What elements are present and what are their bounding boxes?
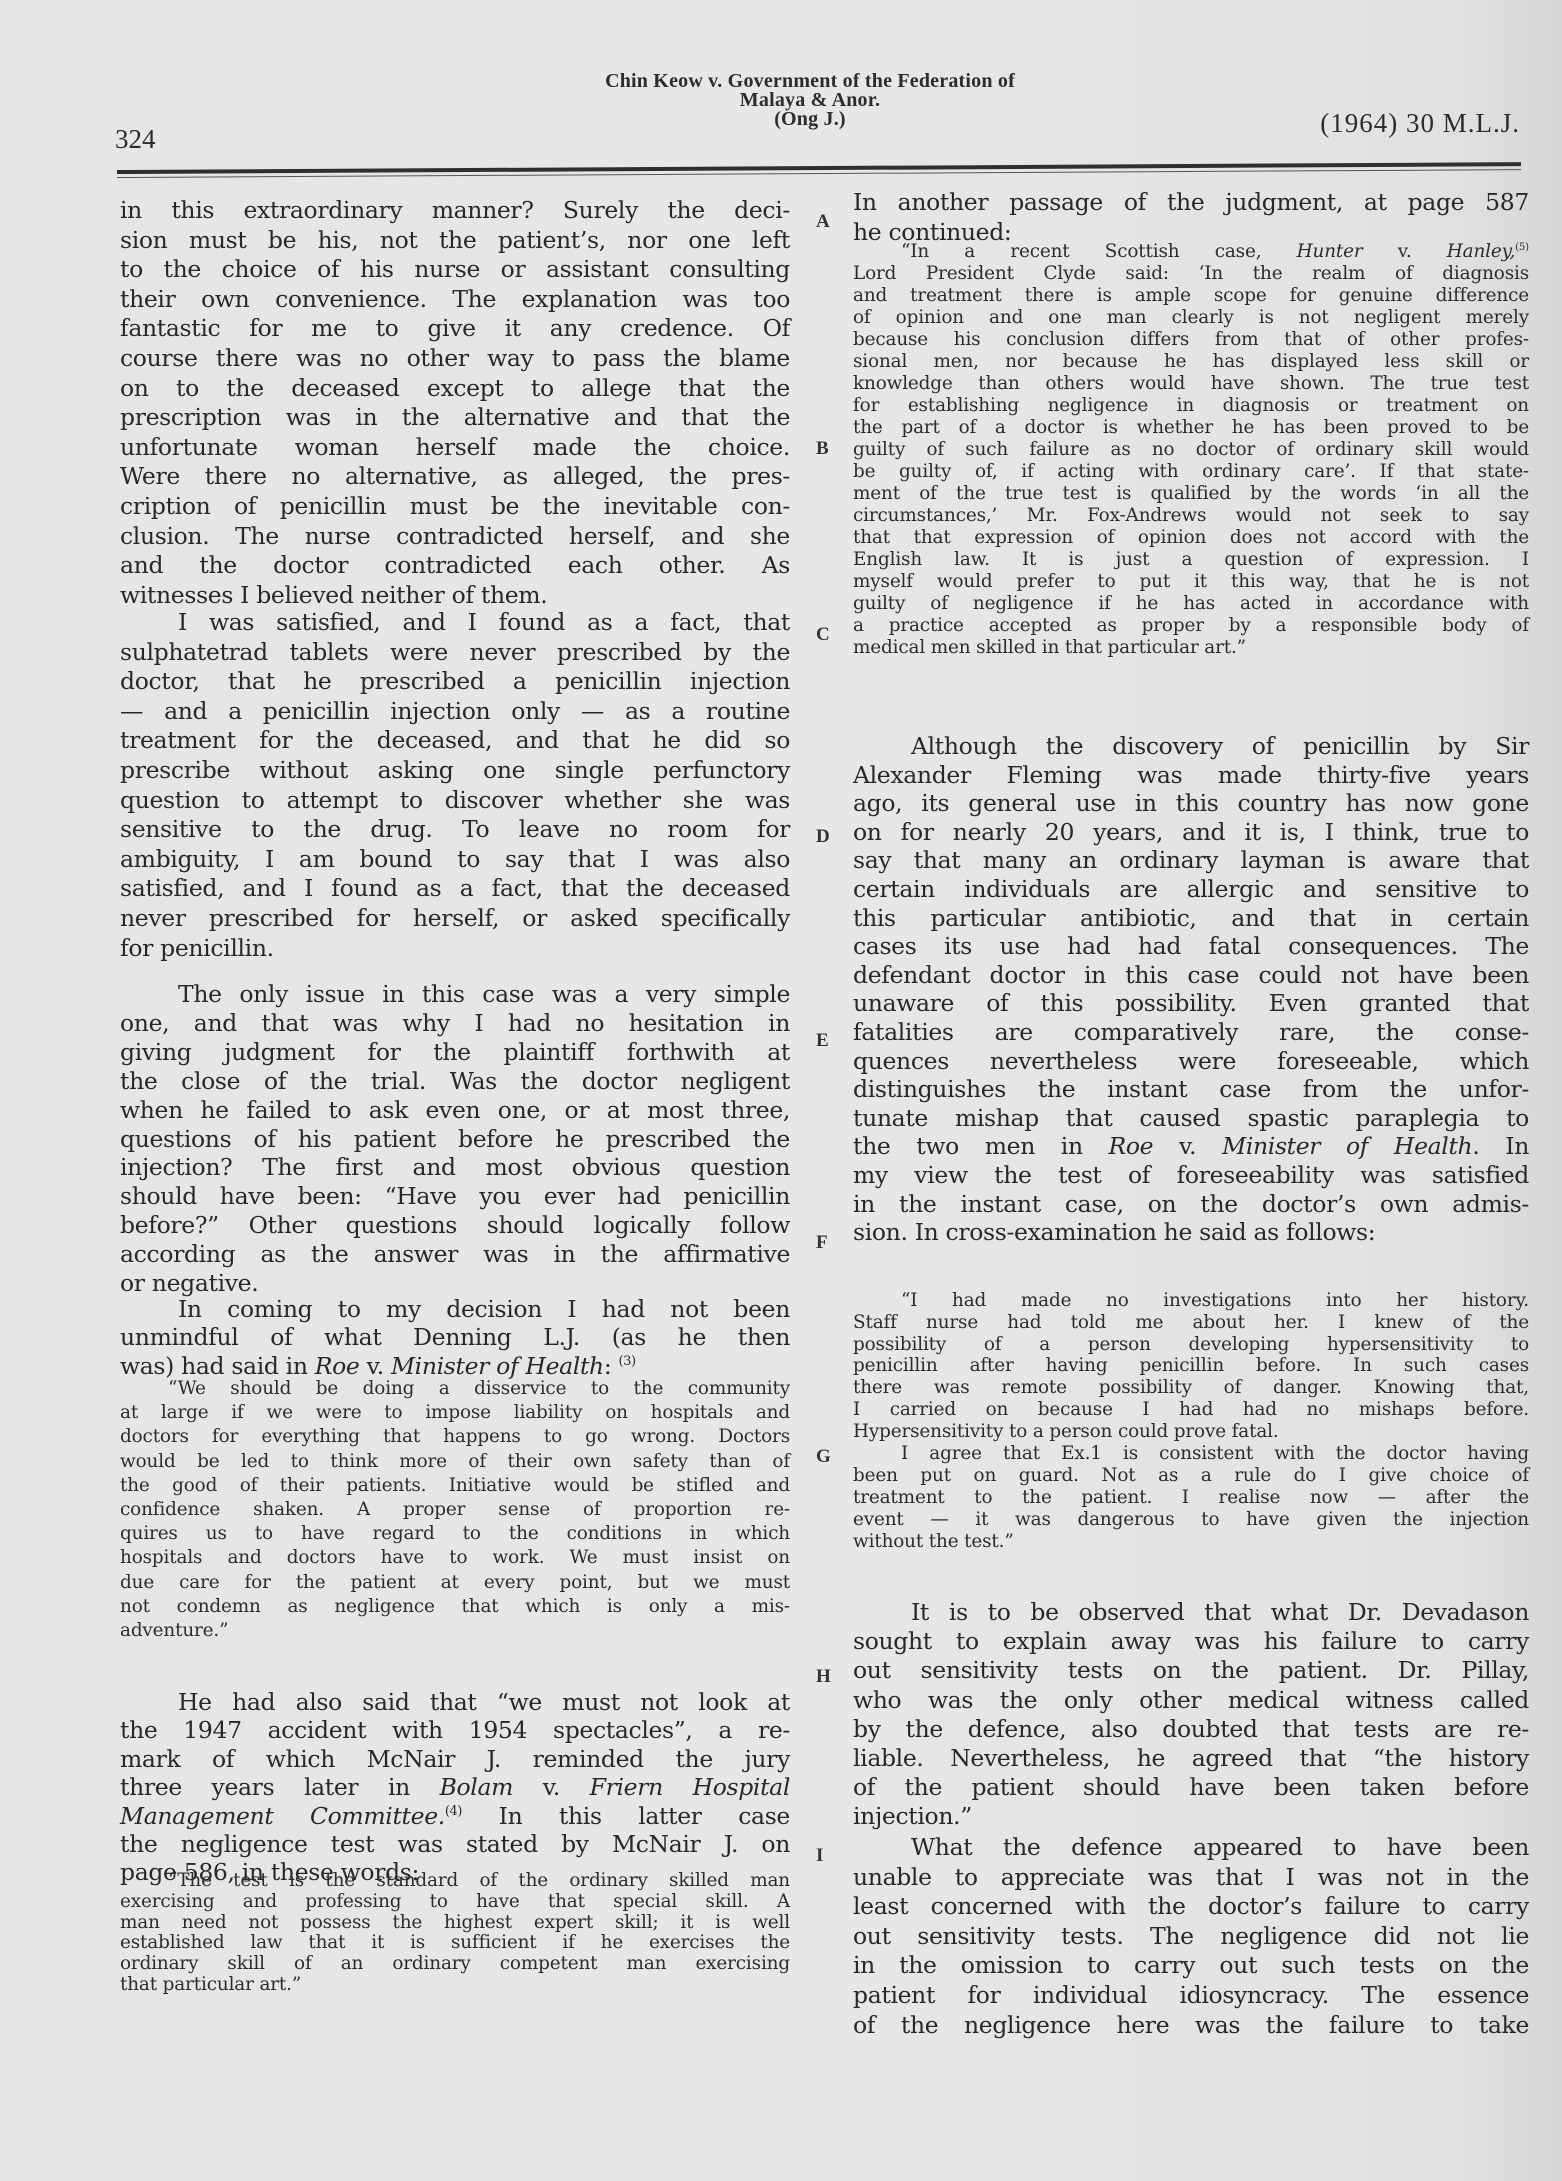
text-line: defendant doctor in this case could not … — [853, 961, 1529, 989]
text-line: the two men in Roe v. Minister of Health… — [853, 1132, 1529, 1160]
text-line: fantastic for me to give it any credence… — [120, 314, 790, 342]
text-line: doctor, that he prescribed a penicillin … — [120, 667, 790, 695]
text-line: witnesses I believed neither of them. — [120, 581, 790, 609]
text-line: a practice accepted as proper by a respo… — [853, 615, 1529, 636]
text-line: of opinion and one man clearly is not ne… — [853, 307, 1529, 328]
text-line: sional men, nor because he has displayed… — [853, 351, 1529, 372]
text-line: the close of the trial. Was the doctor n… — [120, 1067, 790, 1095]
law-report-page: Chin Keow v. Government of the Federatio… — [0, 0, 1562, 2181]
text-line: when he failed to ask even one, or at mo… — [120, 1096, 790, 1124]
text-line: course there was no other way to pass th… — [120, 344, 790, 372]
text-line: question to attempt to discover whether … — [120, 786, 790, 814]
page-number: 324 — [115, 124, 156, 155]
text-line: Hypersensitivity to a person could prove… — [853, 1421, 1529, 1442]
text-line: The only issue in this case was a very s… — [120, 980, 790, 1008]
text-line: adventure.” — [120, 1620, 790, 1641]
text-line: knowledge than others would have shown. … — [853, 373, 1529, 394]
text-line: the part of a doctor is whether he has b… — [853, 417, 1529, 438]
text-line: Management Committee.(4) In this latter … — [120, 1802, 790, 1830]
text-line: in the instant case, on the doctor’s own… — [853, 1190, 1529, 1218]
text-line: for establishing negligence in diagnosis… — [853, 395, 1529, 416]
text-line: in the omission to carry out such tests … — [853, 1951, 1529, 1979]
text-line: the negligence test was stated by McNair… — [120, 1830, 790, 1858]
text-line: ment of the true test is qualified by th… — [853, 483, 1529, 504]
text-line: injection.” — [853, 1802, 1529, 1830]
text-line: should have been: “Have you ever had pen… — [120, 1182, 790, 1210]
text-line: out sensitivity tests on the patient. Dr… — [853, 1656, 1529, 1684]
margin-letter-d: D — [816, 826, 830, 848]
text-line: Were there no alternative, as alleged, t… — [120, 462, 790, 490]
text-line: unmindful of what Denning L.J. (as he th… — [120, 1323, 790, 1351]
text-line: for penicillin. — [120, 934, 790, 962]
text-line: this particular antibiotic, and that in … — [853, 904, 1529, 932]
text-line: unaware of this possibility. Even grante… — [853, 989, 1529, 1017]
text-line: It is to be observed that what Dr. Devad… — [853, 1598, 1529, 1626]
text-line: mark of which McNair J. reminded the jur… — [120, 1745, 790, 1773]
text-line: certain individuals are allergic and sen… — [853, 875, 1529, 903]
text-line: ordinary skill of an ordinary competent … — [120, 1953, 790, 1974]
text-line: I carried on because I had had no mishap… — [853, 1399, 1529, 1420]
text-line: myself would prefer to put it this way, … — [853, 571, 1529, 592]
text-line: quires us to have regard to the conditio… — [120, 1523, 790, 1544]
running-head-title: Chin Keow v. Government of the Federatio… — [500, 72, 1120, 129]
text-line: their own convenience. The explanation w… — [120, 285, 790, 313]
text-line: sion must be his, not the patient’s, nor… — [120, 226, 790, 254]
margin-letter-c: C — [816, 624, 830, 646]
text-line: at large if we were to impose liability … — [120, 1402, 790, 1423]
text-line: guilty of such failure as no doctor of o… — [853, 439, 1529, 460]
text-line: I was satisfied, and I found as a fact, … — [120, 608, 790, 636]
text-line: of the negligence here was the failure t… — [853, 2011, 1529, 2039]
text-line: there was remote possibility of danger. … — [853, 1377, 1529, 1398]
text-line: event — it was dangerous to have given t… — [853, 1509, 1529, 1530]
text-line: been put on guard. Not as a rule do I gi… — [853, 1465, 1529, 1486]
text-line: sion. In cross-examination he said as fo… — [853, 1218, 1529, 1246]
text-line: prescribe without asking one single perf… — [120, 756, 790, 784]
text-line: hospitals and doctors have to work. We m… — [120, 1547, 790, 1568]
text-line: liable. Nevertheless, he agreed that “th… — [853, 1744, 1529, 1772]
text-line: of the patient should have been taken be… — [853, 1773, 1529, 1801]
margin-letter-b: B — [816, 438, 829, 460]
text-line: the good of their patients. Initiative w… — [120, 1475, 790, 1496]
text-line: injection? The first and most obvious qu… — [120, 1153, 790, 1181]
text-line: not condemn as negligence that which is … — [120, 1596, 790, 1617]
text-line: possibility of a person developing hyper… — [853, 1334, 1529, 1355]
text-line: that particular art.” — [120, 1974, 790, 1995]
text-line: would be led to think more of their own … — [120, 1451, 790, 1472]
text-line: treatment to the patient. I realise now … — [853, 1487, 1529, 1508]
text-line: clusion. The nurse contradicted herself,… — [120, 522, 790, 550]
text-line: “We should be doing a disservice to the … — [120, 1378, 790, 1399]
text-line: doctors for everything that happens to g… — [120, 1426, 790, 1447]
text-line: He had also said that “we must not look … — [120, 1688, 790, 1716]
text-line: established law that it is sufficient if… — [120, 1932, 790, 1953]
text-line: “I had made no investigations into her h… — [853, 1290, 1529, 1311]
text-line: guilty of negligence if he has acted in … — [853, 593, 1529, 614]
text-line: without the test.” — [853, 1531, 1529, 1552]
text-line: fatalities are comparatively rare, the c… — [853, 1018, 1529, 1046]
text-line: three years later in Bolam v. Friern Hos… — [120, 1773, 790, 1801]
text-line: the 1947 accident with 1954 spectacles”,… — [120, 1716, 790, 1744]
text-line: confidence shaken. A proper sense of pro… — [120, 1499, 790, 1520]
text-line: never prescribed for herself, or asked s… — [120, 904, 790, 932]
text-line: quences nevertheless were foreseeable, w… — [853, 1047, 1529, 1075]
text-line: one, and that was why I had no hesitatio… — [120, 1009, 790, 1037]
text-line: circumstances,’ Mr. Fox-Andrews would no… — [853, 505, 1529, 526]
report-citation: (1964) 30 M.L.J. — [1320, 108, 1520, 139]
text-line: on for nearly 20 years, and it is, I thi… — [853, 818, 1529, 846]
margin-letter-i: I — [816, 1845, 823, 1867]
text-line: before?” Other questions should logicall… — [120, 1211, 790, 1239]
text-line: by the defence, also doubted that tests … — [853, 1715, 1529, 1743]
margin-letter-f: F — [816, 1232, 828, 1254]
text-line: “In a recent Scottish case, Hunter v. Ha… — [853, 241, 1529, 262]
text-line: “The test is the standard of the ordinar… — [120, 1870, 790, 1891]
text-line: sought to explain away was his failure t… — [853, 1627, 1529, 1655]
text-line: In coming to my decision I had not been — [120, 1295, 790, 1323]
text-line: In another passage of the judgment, at p… — [853, 188, 1529, 216]
text-line: cases its use had had fatal consequences… — [853, 932, 1529, 960]
text-line: medical men skilled in that particular a… — [853, 637, 1529, 658]
text-line: Lord President Clyde said: ‘In the realm… — [853, 263, 1529, 284]
text-line: distinguishes the instant case from the … — [853, 1075, 1529, 1103]
text-line: unable to appreciate was that I was not … — [853, 1863, 1529, 1891]
text-line: because his conclusion differs from that… — [853, 329, 1529, 350]
text-line: least concerned with the doctor’s failur… — [853, 1892, 1529, 1920]
text-line: Although the discovery of penicillin by … — [853, 732, 1529, 760]
text-line: and treatment there is ample scope for g… — [853, 285, 1529, 306]
text-line: patient for individual idiosyncracy. The… — [853, 1981, 1529, 2009]
text-line: prescription was in the alternative and … — [120, 403, 790, 431]
text-line: be guilty of, if acting with ordinary ca… — [853, 461, 1529, 482]
text-line: Alexander Fleming was made thirty-five y… — [853, 761, 1529, 789]
text-line: man need not possess the highest expert … — [120, 1912, 790, 1933]
text-line: ago, its general use in this country has… — [853, 789, 1529, 817]
text-line: and the doctor contradicted each other. … — [120, 551, 790, 579]
text-line: ambiguity, I am bound to say that I was … — [120, 845, 790, 873]
margin-letter-h: H — [816, 1666, 831, 1688]
text-line: English law. It is just a question of ex… — [853, 549, 1529, 570]
text-line: penicillin after having penicillin befor… — [853, 1355, 1529, 1376]
margin-letter-g: G — [816, 1446, 831, 1468]
text-line: questions of his patient before he presc… — [120, 1125, 790, 1153]
text-line: What the defence appeared to have been — [853, 1833, 1529, 1861]
text-line: giving judgment for the plaintiff forthw… — [120, 1038, 790, 1066]
running-head-line: (Ong J.) — [500, 110, 1120, 129]
text-line: my view the test of foreseeability was s… — [853, 1161, 1529, 1189]
margin-letter-e: E — [816, 1030, 829, 1052]
text-line: treatment for the deceased, and that he … — [120, 726, 790, 754]
text-line: sensitive to the drug. To leave no room … — [120, 815, 790, 843]
text-line: — and a penicillin injection only — as a… — [120, 697, 790, 725]
margin-letter-a: A — [816, 211, 830, 233]
text-line: tunate mishap that caused spastic parapl… — [853, 1104, 1529, 1132]
text-line: was) had said in Roe v. Minister of Heal… — [120, 1352, 790, 1380]
text-line: sulphatetrad tablets were never prescrib… — [120, 638, 790, 666]
text-line: who was the only other medical witness c… — [853, 1686, 1529, 1714]
text-line: due care for the patient at every point,… — [120, 1572, 790, 1593]
text-line: to the choice of his nurse or assistant … — [120, 255, 790, 283]
text-line: that that expression of opinion does not… — [853, 527, 1529, 548]
text-line: or negative. — [120, 1269, 790, 1297]
text-line: according as the answer was in the affir… — [120, 1240, 790, 1268]
text-line: on to the deceased except to allege that… — [120, 374, 790, 402]
text-line: in this extraordinary manner? Surely the… — [120, 196, 790, 224]
text-line: unfortunate woman herself made the choic… — [120, 433, 790, 461]
text-line: cription of penicillin must be the inevi… — [120, 492, 790, 520]
text-line: exercising and professing to have that s… — [120, 1891, 790, 1912]
text-line: Staff nurse had told me about her. I kne… — [853, 1312, 1529, 1333]
text-line: out sensitivity tests. The negligence di… — [853, 1922, 1529, 1950]
text-line: say that many an ordinary layman is awar… — [853, 846, 1529, 874]
text-line: I agree that Ex.1 is consistent with the… — [853, 1443, 1529, 1464]
text-line: satisfied, and I found as a fact, that t… — [120, 874, 790, 902]
